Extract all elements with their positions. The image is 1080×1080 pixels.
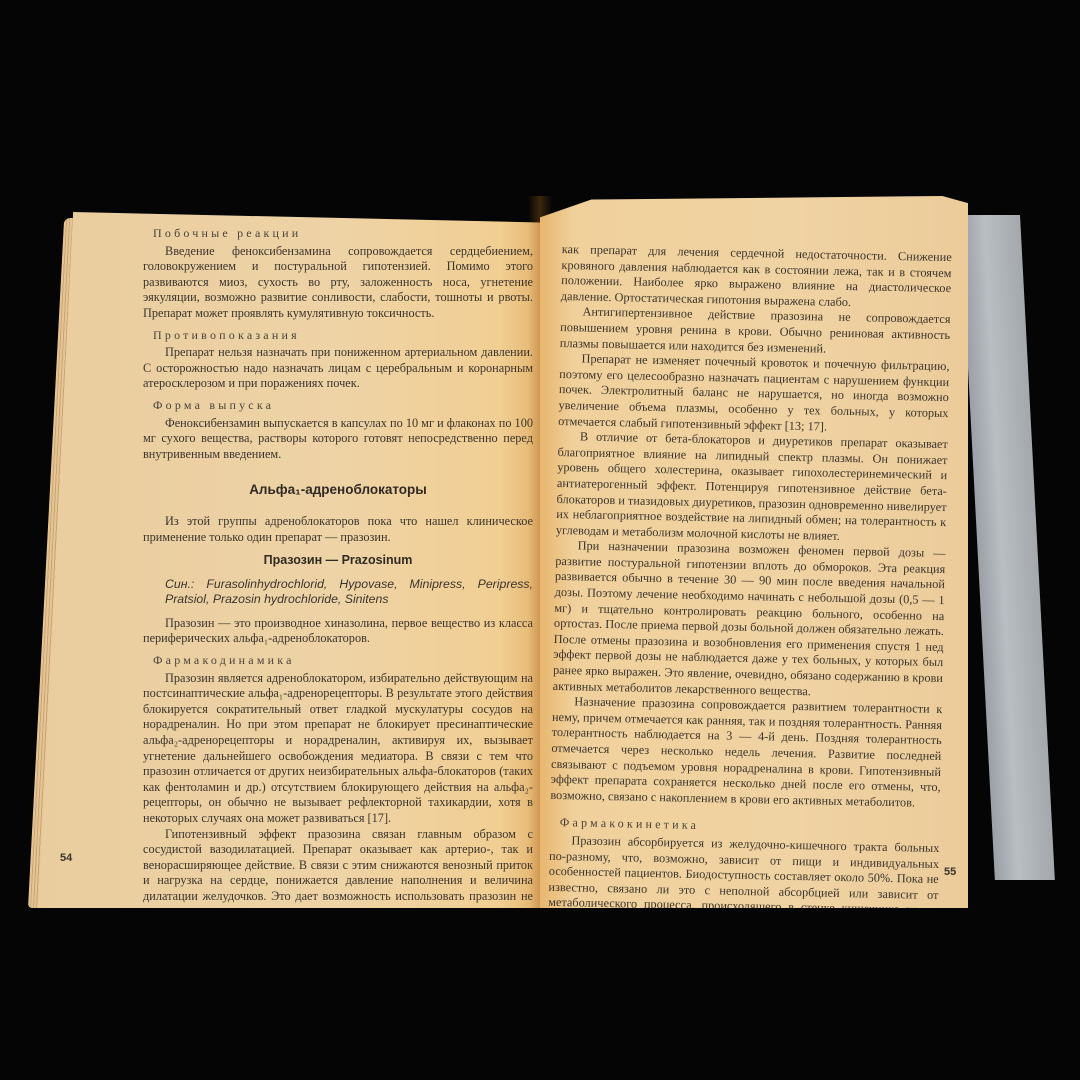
paragraph: Препарат не изменяет почечный кровоток и…: [558, 351, 950, 437]
section-heading-contraindications: Противопоказания: [153, 328, 533, 344]
section-heading-pharmacodynamics: Фармакодинамика: [153, 653, 533, 669]
paragraph: В отличие от бета-блокаторов и диуретико…: [556, 429, 948, 546]
page-number-right: 55: [944, 866, 956, 878]
chapter-title: Альфа₁-адреноблокаторы: [143, 482, 533, 498]
paragraph: Феноксибензамин выпускается в капсулах п…: [143, 416, 533, 463]
chapter-intro: Из этой группы адреноблокаторов пока что…: [143, 514, 533, 545]
left-page: Побочные реакции Введение феноксибензами…: [38, 212, 540, 908]
paragraph: При назначении празозина возможен феноме…: [553, 538, 946, 702]
section-heading-side-effects: Побочные реакции: [153, 226, 533, 242]
paragraph: Празозин является адреноблокатором, изби…: [143, 671, 533, 827]
paragraph: Препарат нельзя назначать при пониженном…: [143, 345, 533, 392]
paragraph: Празозин абсорбируется из желудочно-кише…: [547, 833, 940, 966]
paragraph: Гипотензивный эффект празозина связан гл…: [143, 827, 533, 921]
paragraph: Введение феноксибензамина сопровождается…: [143, 244, 533, 322]
drug-intro: Празозин — это производное хиназолина, п…: [143, 616, 533, 647]
right-page-text: как препарат для лечения сердечной недос…: [547, 242, 952, 966]
back-cover-edge: [960, 215, 1055, 880]
photo-stage: Побочные реакции Введение феноксибензами…: [0, 0, 1080, 1080]
paragraph: как препарат для лечения сердечной недос…: [561, 242, 952, 313]
left-page-text: Побочные реакции Введение феноксибензами…: [143, 220, 533, 920]
section-heading-release-form: Форма выпуска: [153, 398, 533, 414]
paragraph: Назначение празозина сопровождается разв…: [550, 694, 942, 811]
drug-synonyms: Син.: Furasolinhydrochlorid, Hypovase, M…: [143, 577, 533, 608]
page-number-left: 54: [60, 852, 72, 864]
paragraph: Антигипертензивное действие празозина не…: [560, 304, 951, 359]
right-page: как препарат для лечения сердечной недос…: [540, 196, 968, 908]
drug-title: Празозин — Prazosinum: [143, 553, 533, 569]
